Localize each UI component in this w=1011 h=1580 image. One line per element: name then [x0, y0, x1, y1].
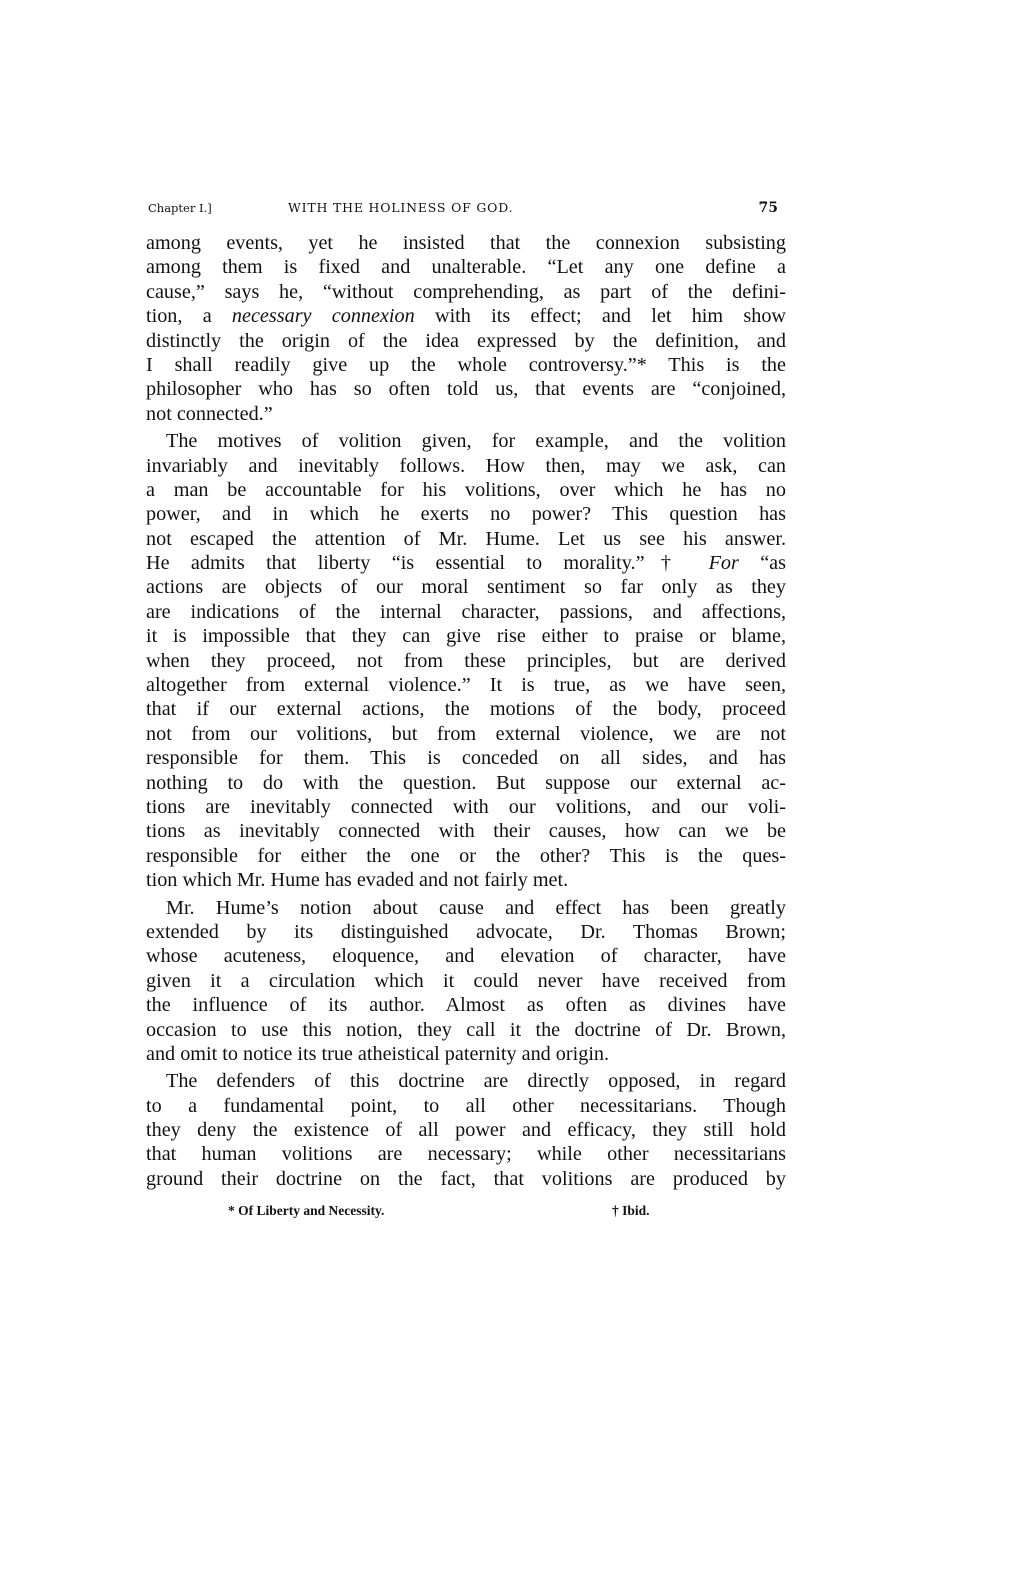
paragraph: among events, yet he insisted that the c…	[146, 231, 786, 426]
text-line: extended by its distinguished advocate, …	[146, 920, 786, 944]
footnote-2: † Ibid.	[612, 1203, 650, 1219]
body-text: among events, yet he insisted that the c…	[146, 231, 786, 1191]
text-line: tions as inevitably connected with their…	[146, 819, 786, 843]
text-line: philosopher who has so often told us, th…	[146, 377, 786, 401]
text-line: distinctly the origin of the idea expres…	[146, 329, 786, 353]
running-head: Chapter I.] WITH THE HOLINESS OF GOD. 75	[146, 196, 786, 220]
running-title: WITH THE HOLINESS OF GOD.	[288, 196, 513, 220]
paragraph: The defenders of this doctrine are direc…	[146, 1069, 786, 1191]
text-line: to a fundamental point, to all other nec…	[146, 1094, 786, 1118]
footnote-1: * Of Liberty and Necessity.	[228, 1203, 384, 1219]
text-line: are indications of the internal characte…	[146, 600, 786, 624]
text-line: tion which Mr. Hume has evaded and not f…	[146, 868, 786, 892]
text-line: I shall readily give up the whole contro…	[146, 353, 786, 377]
text-line: tion, a necessary connexion with its eff…	[146, 304, 786, 328]
text-line: occasion to use this notion, they call i…	[146, 1018, 786, 1042]
text-line: The defenders of this doctrine are direc…	[146, 1069, 786, 1093]
text-line: a man be accountable for his volitions, …	[146, 478, 786, 502]
text-line: altogether from external violence.” It i…	[146, 673, 786, 697]
page-number: 75	[759, 196, 778, 220]
text-line: among them is fixed and unalterable. “Le…	[146, 255, 786, 279]
text-line: nothing to do with the question. But sup…	[146, 771, 786, 795]
text-line: it is impossible that they can give rise…	[146, 624, 786, 648]
text-line: invariably and inevitably follows. How t…	[146, 454, 786, 478]
text-line: cause,” says he, “without comprehending,…	[146, 280, 786, 304]
text-line: when they proceed, not from these princi…	[146, 649, 786, 673]
text-line: that human volitions are necessary; whil…	[146, 1142, 786, 1166]
text-line: that if our external actions, the motion…	[146, 697, 786, 721]
text-line: The motives of volition given, for examp…	[146, 429, 786, 453]
text-line: Mr. Hume’s notion about cause and effect…	[146, 896, 786, 920]
text-line: among events, yet he insisted that the c…	[146, 231, 786, 255]
text-line: responsible for them. This is conceded o…	[146, 746, 786, 770]
text-line: tions are inevitably connected with our …	[146, 795, 786, 819]
text-line: the influence of its author. Almost as o…	[146, 993, 786, 1017]
text-line: not escaped the attention of Mr. Hume. L…	[146, 527, 786, 551]
text-line: power, and in which he exerts no power? …	[146, 502, 786, 526]
text-line: actions are objects of our moral sentime…	[146, 575, 786, 599]
text-line: they deny the existence of all power and…	[146, 1118, 786, 1142]
text-line: whose acuteness, eloquence, and elevatio…	[146, 944, 786, 968]
book-page: Chapter I.] WITH THE HOLINESS OF GOD. 75…	[146, 196, 786, 1225]
text-line: and omit to notice its true atheistical …	[146, 1042, 786, 1066]
text-line: responsible for either the one or the ot…	[146, 844, 786, 868]
text-line: not from our volitions, but from externa…	[146, 722, 786, 746]
text-line: given it a circulation which it could ne…	[146, 969, 786, 993]
text-line: He admits that liberty “is essential to …	[146, 551, 786, 575]
text-line: ground their doctrine on the fact, that …	[146, 1167, 786, 1191]
text-line: not connected.”	[146, 402, 786, 426]
paragraph: Mr. Hume’s notion about cause and effect…	[146, 896, 786, 1067]
paragraph: The motives of volition given, for examp…	[146, 429, 786, 892]
chapter-label: Chapter I.]	[148, 196, 212, 220]
footnotes: * Of Liberty and Necessity. † Ibid.	[146, 1203, 786, 1225]
